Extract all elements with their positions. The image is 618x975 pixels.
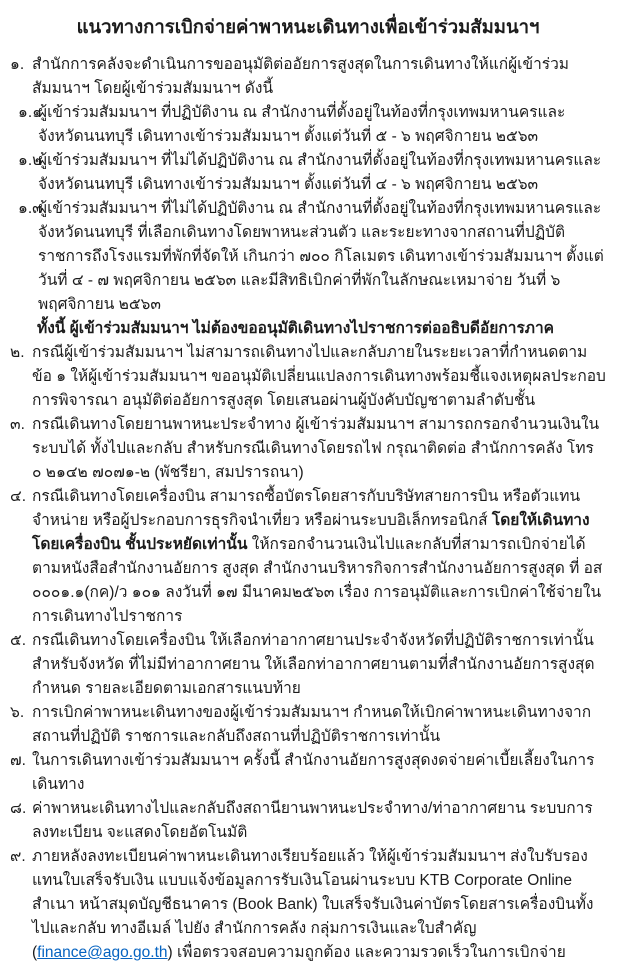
list-item-3: ๓. กรณีเดินทางโดยยานพาหนะประจำทาง ผู้เข้…	[10, 413, 606, 485]
finance-email-link[interactable]: finance@ago.go.th	[37, 944, 167, 961]
list-item-number: ๙.	[10, 845, 32, 869]
list-item-text: การเบิกค่าพาหนะเดินทางของผู้เข้าร่วมสัมม…	[32, 701, 606, 749]
list-item-text: กรณีผู้เข้าร่วมสัมมนาฯ ไม่สามารถเดินทางไ…	[32, 341, 606, 413]
sub-item-1-2: ๑.๒ ผู้เข้าร่วมสัมมนาฯ ที่ไม่ได้ปฏิบัติง…	[18, 149, 606, 197]
list-item-number: ๘.	[10, 797, 32, 821]
list-item-text: กรณีเดินทางโดยเครื่องบิน ให้เลือกท่าอากา…	[32, 629, 606, 701]
sub-item-number: ๑.๑	[18, 101, 38, 125]
list-item-text: ในการเดินทางเข้าร่วมสัมมนาฯ ครั้งนี้ สำน…	[32, 749, 606, 797]
sub-item-1-1: ๑.๑ ผู้เข้าร่วมสัมมนาฯ ที่ปฏิบัติงาน ณ ส…	[18, 101, 606, 149]
list-item-number: ๓.	[10, 413, 32, 437]
list-item-6: ๖. การเบิกค่าพาหนะเดินทางของผู้เข้าร่วมส…	[10, 701, 606, 749]
sub-item-text: ผู้เข้าร่วมสัมมนาฯ ที่ไม่ได้ปฏิบัติงาน ณ…	[38, 149, 606, 197]
document-page: แนวทางการเบิกจ่ายค่าพาหนะเดินทางเพื่อเข้…	[0, 0, 618, 975]
sub-item-number: ๑.๓	[18, 197, 38, 221]
list-item-number: ๖.	[10, 701, 32, 725]
no-approval-note: ทั้งนี้ ผู้เข้าร่วมสัมมนาฯ ไม่ต้องขออนุม…	[37, 317, 606, 341]
sub-item-text: ผู้เข้าร่วมสัมมนาฯ ที่ไม่ได้ปฏิบัติงาน ณ…	[38, 197, 606, 317]
list-item-text: ) เพื่อตรวจสอบความถูกต้อง และความรวดเร็ว…	[168, 944, 566, 961]
list-item-text: ค่าพาหนะเดินทางไปและกลับถึงสถานียานพาหนะ…	[32, 797, 606, 845]
list-item-4: ๔. กรณีเดินทางโดยเครื่องบิน สามารถซื้อบั…	[10, 485, 606, 629]
sub-item-number: ๑.๒	[18, 149, 38, 173]
list-item-1: ๑. สำนักการคลังจะดำเนินการขออนุมัติต่ออั…	[10, 53, 606, 341]
list-item-text: กรณีเดินทางโดยยานพาหนะประจำทาง ผู้เข้าร่…	[32, 413, 606, 485]
list-item-body: กรณีเดินทางโดยเครื่องบิน สามารถซื้อบัตรโ…	[32, 485, 606, 629]
list-item-8: ๘. ค่าพาหนะเดินทางไปและกลับถึงสถานียานพา…	[10, 797, 606, 845]
list-item-body: สำนักการคลังจะดำเนินการขออนุมัติต่ออัยกา…	[32, 53, 606, 341]
list-item-text: สำนักการคลังจะดำเนินการขออนุมัติต่ออัยกา…	[32, 56, 569, 97]
list-item-2: ๒. กรณีผู้เข้าร่วมสัมมนาฯ ไม่สามารถเดินท…	[10, 341, 606, 413]
list-item-9: ๙. ภายหลังลงทะเบียนค่าพาหนะเดินทางเรียบร…	[10, 845, 606, 965]
sub-item-text: ผู้เข้าร่วมสัมมนาฯ ที่ปฏิบัติงาน ณ สำนัก…	[38, 101, 606, 149]
list-item-body: ภายหลังลงทะเบียนค่าพาหนะเดินทางเรียบร้อย…	[32, 845, 606, 965]
list-item-number: ๕.	[10, 629, 32, 653]
list-item-number: ๒.	[10, 341, 32, 365]
sub-item-1-3: ๑.๓ ผู้เข้าร่วมสัมมนาฯ ที่ไม่ได้ปฏิบัติง…	[18, 197, 606, 317]
list-item-number: ๑.	[10, 53, 32, 77]
document-title: แนวทางการเบิกจ่ายค่าพาหนะเดินทางเพื่อเข้…	[10, 14, 606, 40]
list-item-number: ๔.	[10, 485, 32, 509]
list-item-5: ๕. กรณีเดินทางโดยเครื่องบิน ให้เลือกท่าอ…	[10, 629, 606, 701]
list-item-7: ๗. ในการเดินทางเข้าร่วมสัมมนาฯ ครั้งนี้ …	[10, 749, 606, 797]
list-item-number: ๗.	[10, 749, 32, 773]
